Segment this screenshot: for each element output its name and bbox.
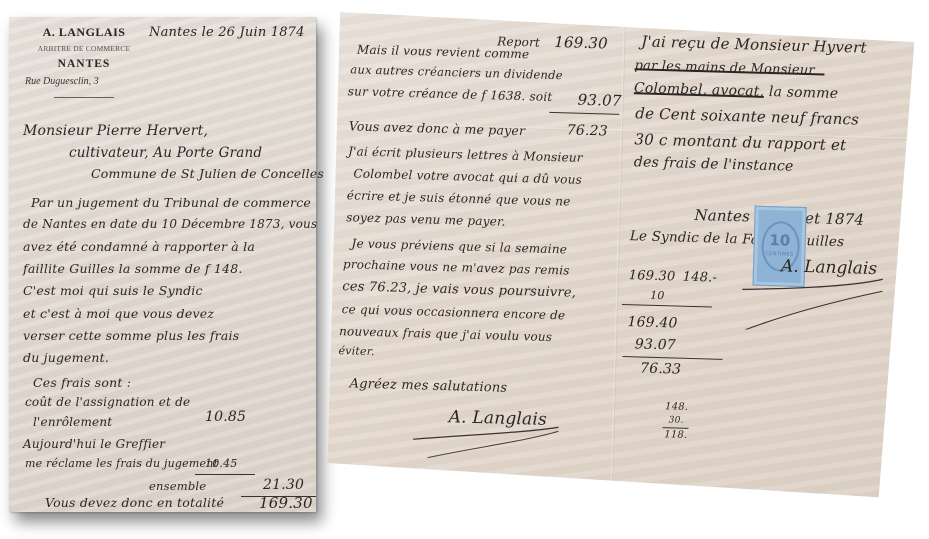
fee-label: Aujourd'hui le Greffier xyxy=(23,437,165,451)
calc-value: 169.30 xyxy=(629,268,676,284)
signature-flourish xyxy=(408,419,569,463)
body-line: prochaine vous ne m'avez pas remis xyxy=(343,257,570,277)
calc-value: 148.- xyxy=(683,270,718,286)
receipt-line: de Cent soixante neuf francs xyxy=(635,104,859,128)
dividend-underline xyxy=(549,112,619,115)
body-line: du jugement. xyxy=(23,350,109,365)
fees-heading: Ces frais sont : xyxy=(33,375,131,390)
body-line: écrire et je suis étonné que vous ne xyxy=(347,188,571,208)
receipt-line: des frais de l'instance xyxy=(634,154,794,174)
recipient-line: Commune de St Julien de Concelles xyxy=(91,166,324,181)
dividend-line: sur votre créance de f 1638. soit xyxy=(348,84,553,104)
calc-value: 10 xyxy=(650,289,665,302)
body-line: soyez pas venu me payer. xyxy=(346,210,506,228)
letter-body: J'ai écrit plusieurs lettres à Monsieur … xyxy=(340,12,915,28)
letterhead-title: ARBITRE DE COMMERCE xyxy=(21,44,147,53)
calc-underline xyxy=(622,304,712,308)
carried-amount: 169.30 xyxy=(554,33,608,52)
receipt-signer-role: Le Syndic de la Faillite Guilles xyxy=(630,228,845,250)
closing: Agréez mes salutations xyxy=(349,376,507,395)
dividend-amount: 93.07 xyxy=(577,91,621,110)
receipt-line: 30 c montant du rapport et xyxy=(634,130,846,154)
calc-underline xyxy=(622,356,722,360)
receipt-line: J'ai reçu de Monsieur Hyvert xyxy=(641,32,867,56)
calc-value: 118. xyxy=(664,429,687,441)
body-line: J'ai écrit plusieurs lettres à Monsieur xyxy=(348,144,583,165)
calc-value: 30. xyxy=(669,415,684,425)
fee-label: l'enrôlement xyxy=(33,415,112,429)
fee-amount: 10.45 xyxy=(205,457,238,470)
body-line: Je vous préviens que si la semaine xyxy=(351,236,567,256)
letterhead-city: NANTES xyxy=(29,58,139,70)
letter-sheet-left: A. LANGLAIS ARBITRE DE COMMERCE NANTES R… xyxy=(9,17,316,512)
fee-label: me réclame les frais du jugement xyxy=(25,457,218,470)
calc-value: 148. xyxy=(665,401,688,413)
body-line: nouveaux frais que j'ai voulu vous xyxy=(339,324,552,344)
dateline: Nantes le 26 Juin 1874 xyxy=(149,25,305,40)
body-line: avez été condamné à rapporter à la xyxy=(23,239,255,254)
body-line: verser cette somme plus les frais xyxy=(23,328,239,343)
fee-amount: 10.85 xyxy=(205,409,246,425)
body-line: faillite Guilles la somme de f 148. xyxy=(23,261,243,276)
total-amount: 169.30 xyxy=(259,494,313,512)
fee-label: coût de l'assignation et de xyxy=(25,395,190,409)
letterhead-address: Rue Duguesclin, 3 xyxy=(25,76,99,87)
body-line: et c'est à moi que vous devez xyxy=(23,306,214,321)
receipt-line-struck: Colombel, avocat, la somme xyxy=(634,80,839,102)
balance-label: Vous avez donc à me payer xyxy=(349,118,526,138)
balance-amount: 76.23 xyxy=(567,122,609,139)
recipient-line: Monsieur Pierre Hervert, xyxy=(23,123,208,139)
subtotal-label: ensemble xyxy=(149,479,206,493)
letter-sheet-right: Report 169.30 Mais il vous revient comme… xyxy=(327,12,915,498)
receipt: J'ai reçu de Monsieur Hyvert par les mai… xyxy=(340,12,915,28)
subtotal-amount: 21.30 xyxy=(263,477,304,493)
recipient-line: cultivateur, Au Porte Grand xyxy=(69,145,262,161)
body-line: Colombel votre avocat qui a dû vous xyxy=(353,166,582,186)
dividend-line: aux autres créanciers un dividende xyxy=(350,62,563,82)
calc-value: 169.40 xyxy=(627,314,678,331)
body-line: de Nantes en date du 10 Décembre 1873, v… xyxy=(23,217,317,231)
receipt-signature-flourish xyxy=(731,269,893,333)
body-line: Par un jugement du Tribunal de commerce xyxy=(31,195,311,210)
body-line: C'est moi qui suis le Syndic xyxy=(23,283,203,298)
paper-fold-vertical xyxy=(611,20,626,490)
sum-underline xyxy=(195,474,255,475)
total-label: Vous devez donc en totalité xyxy=(45,495,224,510)
stamp-value: 10 xyxy=(755,231,805,250)
letterhead-name: A. LANGLAIS xyxy=(29,25,139,40)
body-line: ce qui vous occasionnera encore de xyxy=(342,302,566,322)
body-line: ces 76.23, je vais vous poursuivre, xyxy=(342,279,576,301)
body-line: éviter. xyxy=(338,344,374,358)
letterhead-divider xyxy=(54,97,114,98)
calc-value: 76.33 xyxy=(640,361,682,378)
calc-value: 93.07 xyxy=(635,336,677,353)
